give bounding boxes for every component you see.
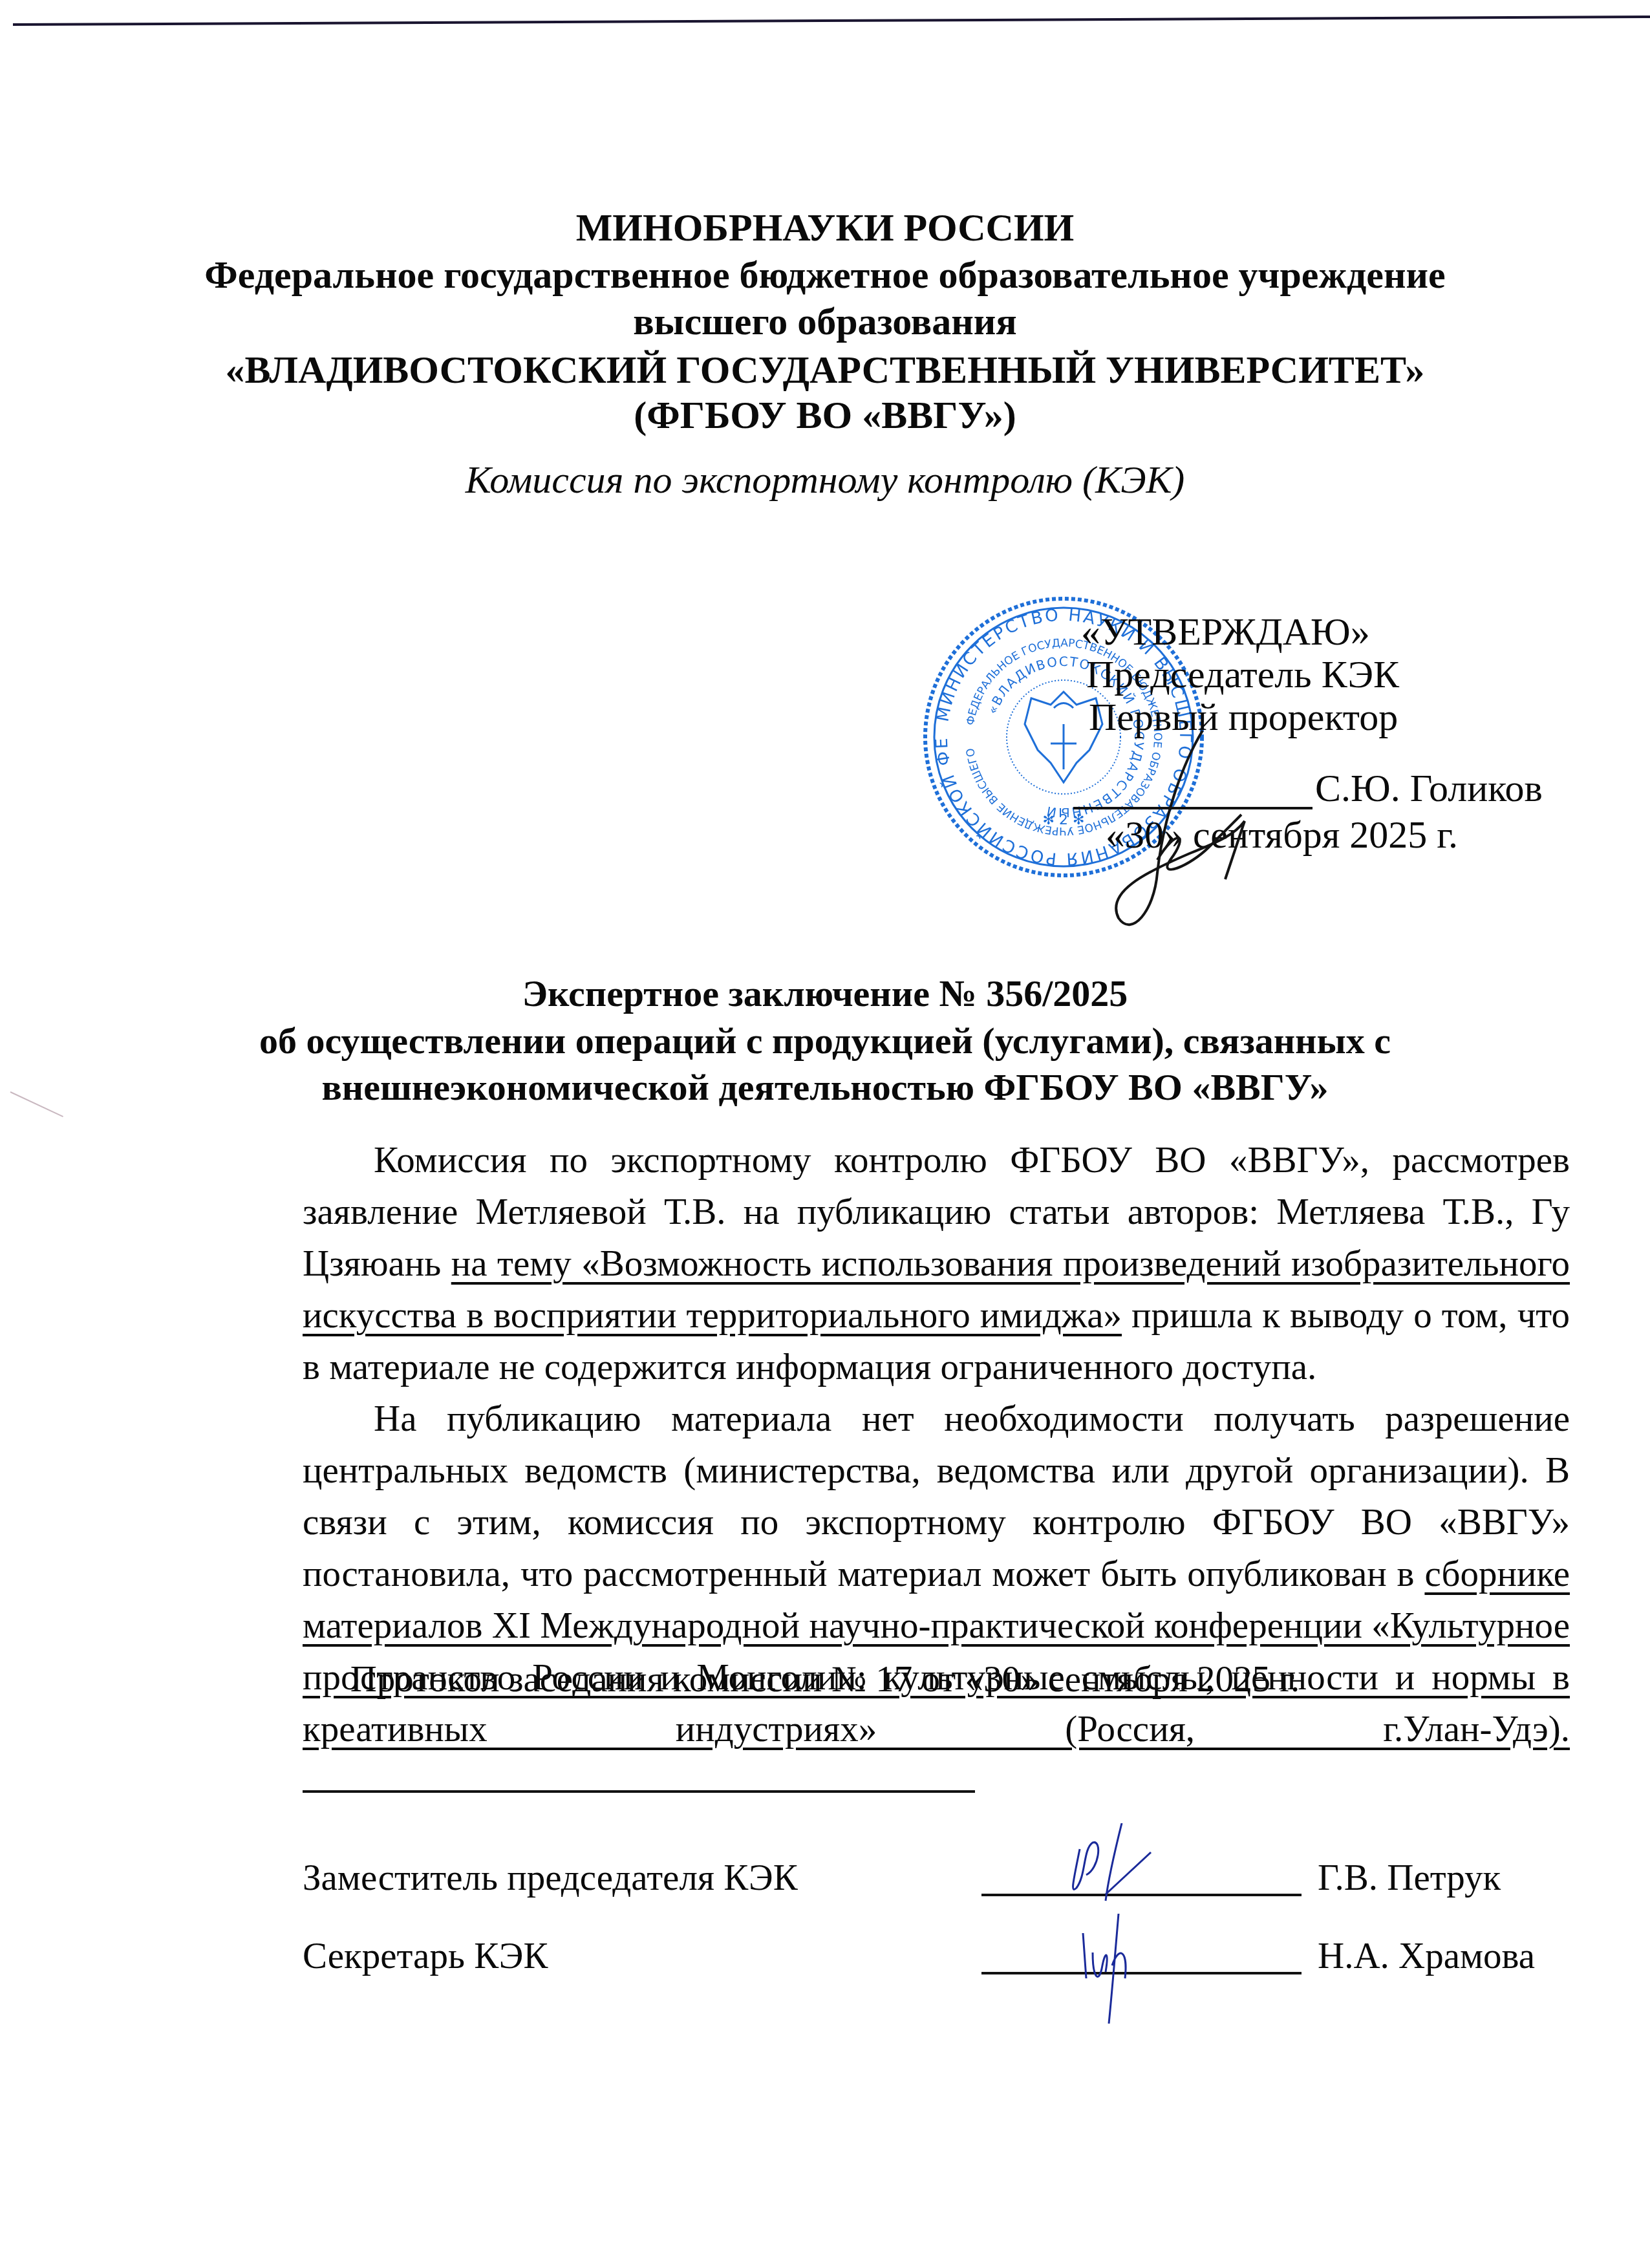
ministry-heading: МИНОБРНАУКИ РОССИИ bbox=[0, 207, 1650, 248]
institution-line-2: высшего образования bbox=[0, 301, 1650, 342]
document-subtitle-1: об осуществлении операций с продукцией (… bbox=[0, 1020, 1650, 1062]
signatory-role: Секретарь КЭК bbox=[303, 1936, 548, 1977]
handwritten-signature-icon bbox=[1093, 724, 1306, 944]
document-body: Комиссия по экспортному контролю ФГБОУ В… bbox=[303, 1135, 1570, 1807]
document-subtitle-2: внешнеэкономической деятельностью ФГБОУ … bbox=[0, 1067, 1650, 1108]
signatory-role: Заместитель председателя КЭК bbox=[303, 1857, 798, 1899]
university-abbr: (ФГБОУ ВО «ВВГУ») bbox=[0, 394, 1650, 436]
fill-line bbox=[303, 1784, 975, 1793]
scan-edge-line bbox=[13, 16, 1650, 26]
approve-label: «УТВЕРЖДАЮ» bbox=[1073, 610, 1543, 653]
signatory-name: Г.В. Петрук bbox=[1318, 1857, 1501, 1899]
commission-name: Комиссия по экспортному контролю (КЭК) bbox=[0, 459, 1650, 500]
institution-line-1: Федеральное государственное бюджетное об… bbox=[0, 254, 1650, 295]
paragraph-1: Комиссия по экспортному контролю ФГБОУ В… bbox=[303, 1135, 1570, 1393]
handwritten-signature-icon bbox=[1047, 1914, 1177, 2024]
university-name: «ВЛАДИВОСТОКСКИЙ ГОСУДАРСТВЕННЫЙ УНИВЕРС… bbox=[0, 349, 1650, 390]
document-title: Экспертное заключение № 356/2025 bbox=[0, 973, 1650, 1014]
signatory-name: Н.А. Храмова bbox=[1318, 1936, 1535, 1977]
approver-name: С.Ю. Голиков bbox=[1315, 767, 1543, 809]
approver-position-1: Председатель КЭК bbox=[1073, 653, 1543, 696]
protocol-reference: Протокол заседания комиссии № 17 от «30»… bbox=[0, 1659, 1650, 1700]
handwritten-signature-icon bbox=[1047, 1823, 1177, 1920]
paragraph-2: На публикацию материала нет необходимост… bbox=[303, 1393, 1570, 1807]
